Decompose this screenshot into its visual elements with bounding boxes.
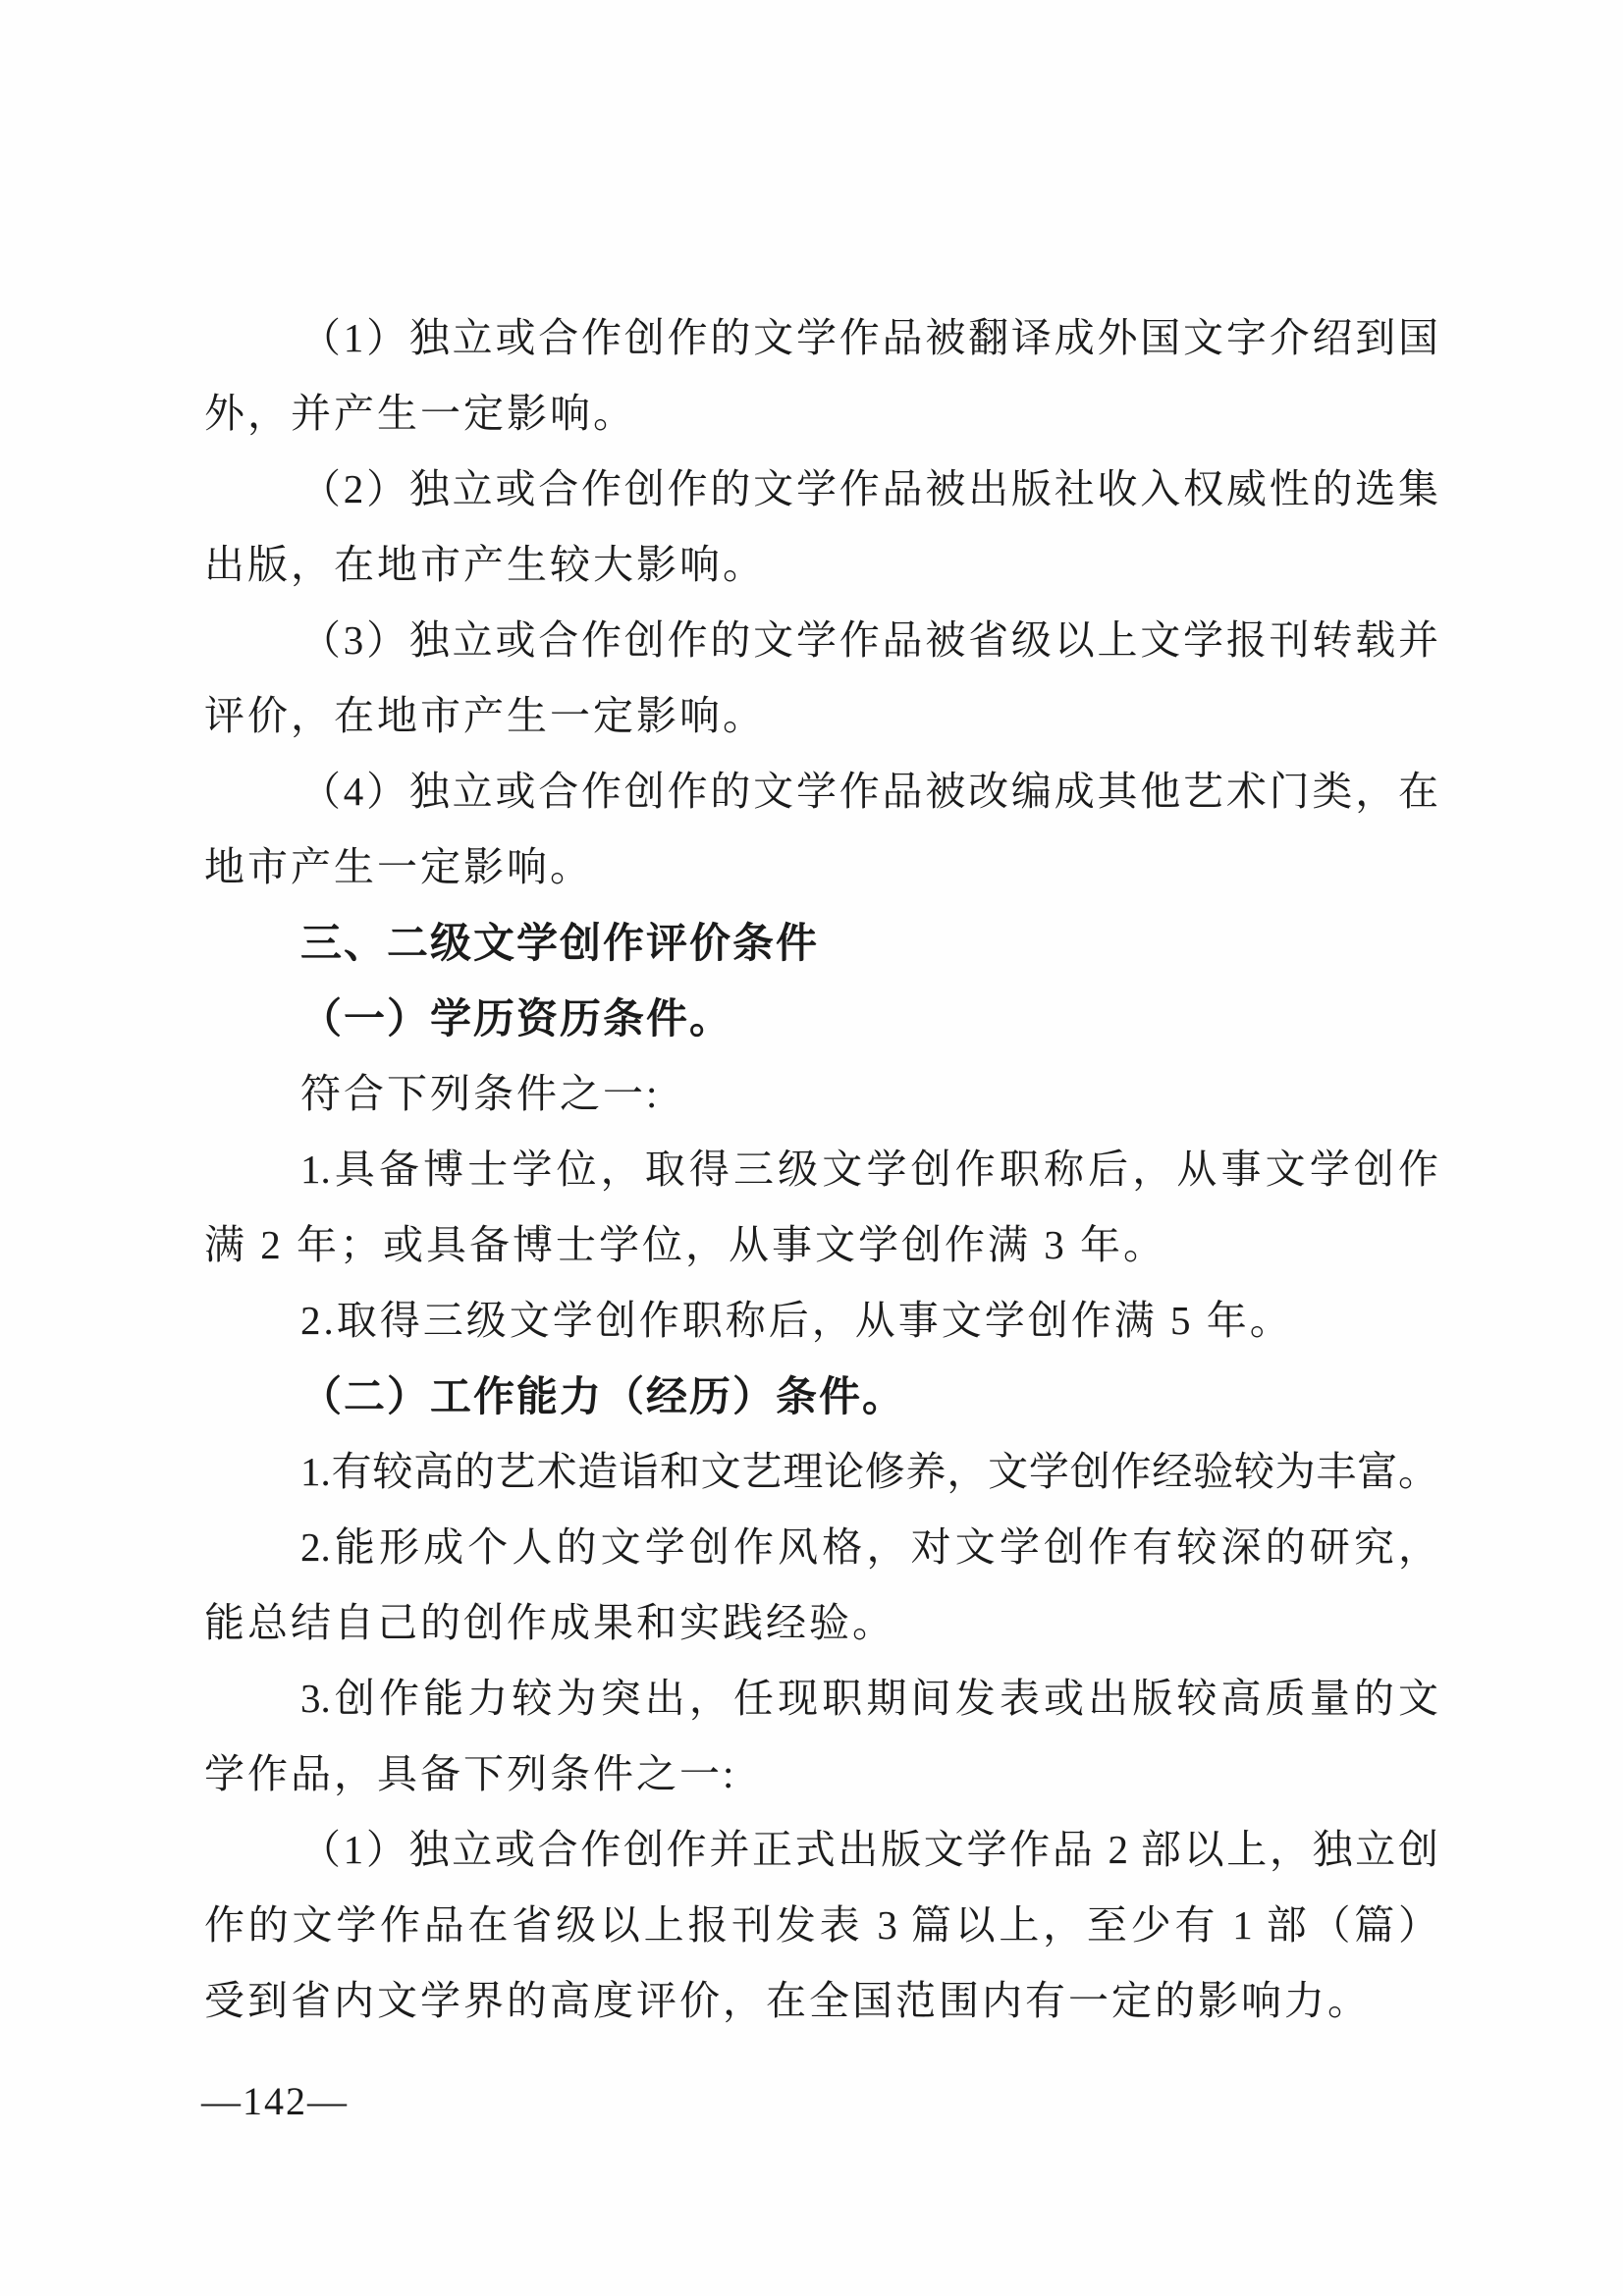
text-line: 1.具备博士学位，取得三级文学创作职称后，从事文学创作 [204, 1132, 1438, 1207]
text-line: 2.能形成个人的文学创作风格，对文学创作有较深的研究， [204, 1510, 1438, 1585]
document-body: （1）独立或合作创作的文学作品被翻译成外国文字介绍到国外，并产生一定影响。（2）… [204, 300, 1438, 2039]
text-line: 3.创作能力较为突出，任现职期间发表或出版较高质量的文 [204, 1661, 1438, 1736]
section-heading: （一）学历资历条件。 [204, 981, 1438, 1056]
text-line: 出版，在地市产生较大影响。 [204, 527, 1438, 603]
text-line: 能总结自己的创作成果和实践经验。 [204, 1585, 1438, 1661]
text-line: （4）独立或合作创作的文学作品被改编成其他艺术门类，在 [204, 754, 1438, 829]
text-line: 1.有较高的艺术造诣和文艺理论修养，文学创作经验较为丰富。 [204, 1434, 1438, 1510]
text-line: 评价，在地市产生一定影响。 [204, 678, 1438, 754]
text-line: 外，并产生一定影响。 [204, 376, 1438, 452]
text-line: （3）独立或合作创作的文学作品被省级以上文学报刊转载并 [204, 603, 1438, 678]
text-line: 作的文学作品在省级以上报刊发表 3 篇以上，至少有 1 部（篇） [204, 1888, 1438, 1963]
section-heading: （二）工作能力（经历）条件。 [204, 1359, 1438, 1434]
document-page: （1）独立或合作创作的文学作品被翻译成外国文字介绍到国外，并产生一定影响。（2）… [0, 0, 1623, 2296]
text-line: 2.取得三级文学创作职称后，从事文学创作满 5 年。 [204, 1283, 1438, 1359]
text-line: 满 2 年；或具备博士学位，从事文学创作满 3 年。 [204, 1207, 1438, 1283]
page-number: —142— [201, 2078, 349, 2124]
text-line: （1）独立或合作创作的文学作品被翻译成外国文字介绍到国 [204, 300, 1438, 376]
text-line: 学作品，具备下列条件之一: [204, 1736, 1438, 1812]
text-line: （2）独立或合作创作的文学作品被出版社收入权威性的选集 [204, 452, 1438, 527]
text-line: 地市产生一定影响。 [204, 829, 1438, 905]
section-heading: 三、二级文学创作评价条件 [204, 905, 1438, 981]
text-line: （1）独立或合作创作并正式出版文学作品 2 部以上，独立创 [204, 1812, 1438, 1888]
text-line: 受到省内文学界的高度评价，在全国范围内有一定的影响力。 [204, 1963, 1438, 2039]
text-line: 符合下列条件之一: [204, 1056, 1438, 1132]
